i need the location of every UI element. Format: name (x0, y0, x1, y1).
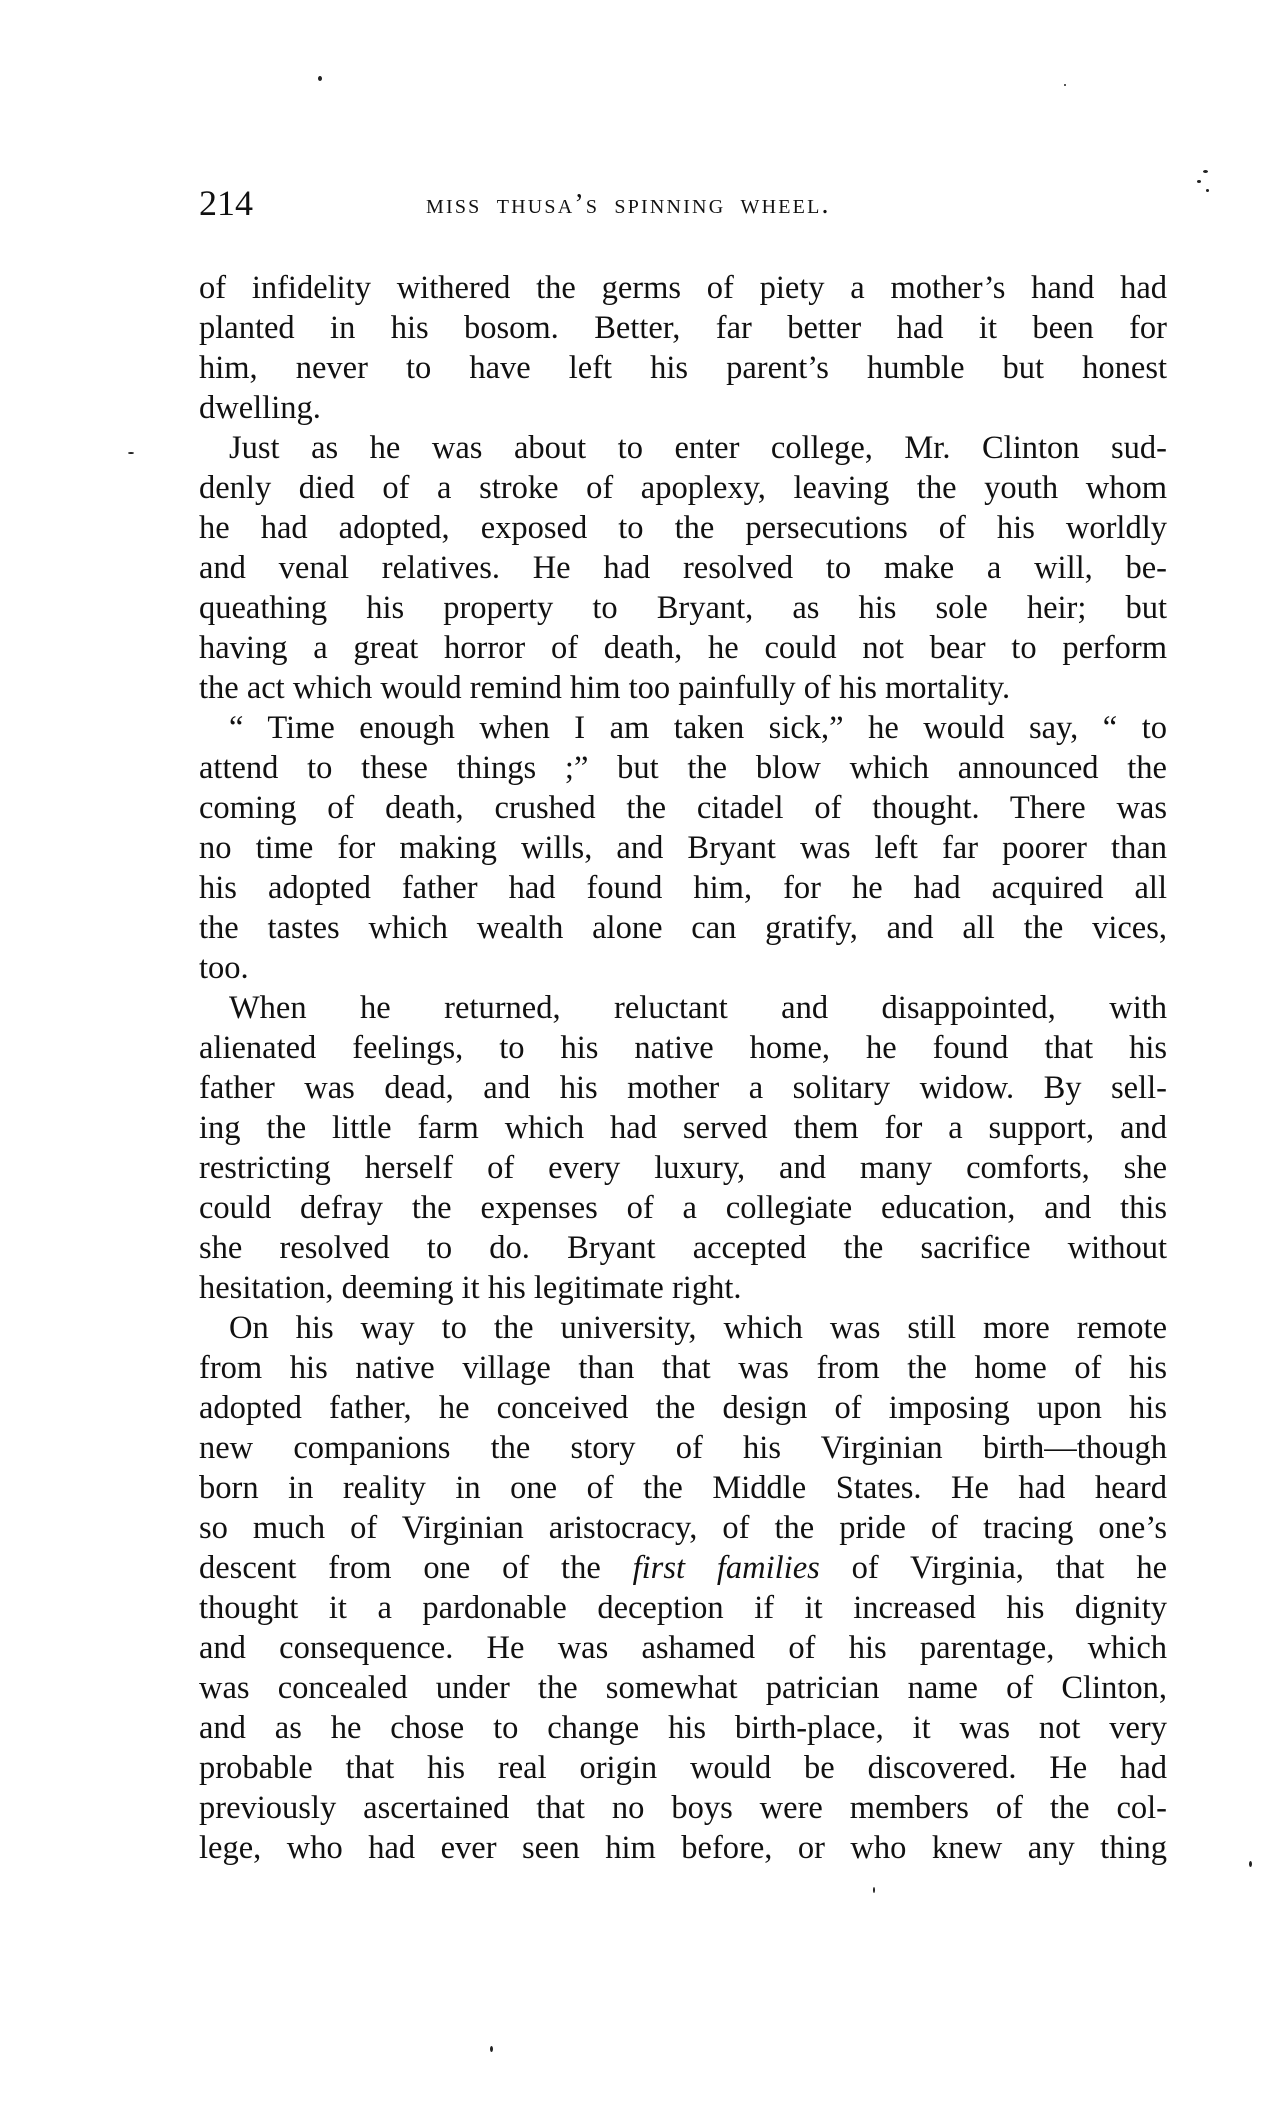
scan-speck (1197, 180, 1201, 183)
text-line: and as he chose to change his birth-plac… (199, 1708, 1167, 1748)
text-line: previously ascertained that no boys were… (199, 1788, 1167, 1828)
text-line: him, never to have left his parent’s hum… (199, 348, 1167, 388)
text-line: from his native village than that was fr… (199, 1348, 1167, 1388)
scan-speck (1203, 170, 1208, 173)
scan-speck (1206, 189, 1209, 192)
text-line: and consequence. He was ashamed of his p… (199, 1628, 1167, 1668)
scan-speck (1249, 1861, 1252, 1867)
text-line: of infidelity withered the germs of piet… (199, 268, 1167, 308)
paragraph-start-line: “ Time enough when I am taken sick,” he … (199, 708, 1167, 748)
body-text: of infidelity withered the germs of piet… (199, 268, 1167, 1868)
scan-speck (873, 1887, 875, 1893)
paragraph-start-line: When he returned, reluctant and disappoi… (199, 988, 1167, 1028)
text-line: restricting herself of every luxury, and… (199, 1148, 1167, 1188)
text-line: ing the little farm which had served the… (199, 1108, 1167, 1148)
text-segment: of Virginia, that he (820, 1550, 1167, 1586)
text-line: and venal relatives. He had resolved to … (199, 548, 1167, 588)
text-line: queathing his property to Bryant, as his… (199, 588, 1167, 628)
text-line: thought it a pardonable deception if it … (199, 1588, 1167, 1628)
text-line: born in reality in one of the Middle Sta… (199, 1468, 1167, 1508)
text-line: father was dead, and his mother a solita… (199, 1068, 1167, 1108)
text-line: he had adopted, exposed to the persecuti… (199, 508, 1167, 548)
italic-emphasis: first families (633, 1550, 820, 1586)
scan-speck (318, 76, 322, 81)
text-line: was concealed under the somewhat patrici… (199, 1668, 1167, 1708)
scan-speck (128, 452, 134, 454)
book-page: 214 MISS THUSA’S SPINNING WHEEL. of infi… (0, 0, 1268, 2113)
text-line: she resolved to do. Bryant accepted the … (199, 1228, 1167, 1268)
text-line: no time for making wills, and Bryant was… (199, 828, 1167, 868)
text-line: the tastes which wealth alone can gratif… (199, 908, 1167, 948)
text-line: so much of Virginian aristocracy, of the… (199, 1508, 1167, 1548)
text-line: too. (199, 948, 1167, 988)
text-line: descent from one of the first families o… (199, 1548, 1167, 1588)
scan-speck (490, 2046, 493, 2052)
text-segment: descent from one of the (199, 1550, 633, 1586)
text-line: hesitation, deeming it his legitimate ri… (199, 1268, 1167, 1308)
text-line: his adopted father had found him, for he… (199, 868, 1167, 908)
scan-speck (1064, 84, 1066, 86)
text-line: probable that his real origin would be d… (199, 1748, 1167, 1788)
text-line: coming of death, crushed the citadel of … (199, 788, 1167, 828)
running-head: 214 MISS THUSA’S SPINNING WHEEL. (199, 183, 1167, 223)
paragraph-start-line: Just as he was about to enter college, M… (199, 428, 1167, 468)
text-line: dwelling. (199, 388, 1167, 428)
running-title: MISS THUSA’S SPINNING WHEEL. (426, 187, 831, 223)
text-line: alienated feelings, to his native home, … (199, 1028, 1167, 1068)
text-line: planted in his bosom. Better, far better… (199, 308, 1167, 348)
text-line: having a great horror of death, he could… (199, 628, 1167, 668)
text-line: could defray the expenses of a collegiat… (199, 1188, 1167, 1228)
text-line: new companions the story of his Virginia… (199, 1428, 1167, 1468)
text-line: adopted father, he conceived the design … (199, 1388, 1167, 1428)
text-line: attend to these things ;” but the blow w… (199, 748, 1167, 788)
text-line: the act which would remind him too painf… (199, 668, 1167, 708)
page-number: 214 (199, 183, 253, 223)
text-line: denly died of a stroke of apoplexy, leav… (199, 468, 1167, 508)
text-line: lege, who had ever seen him before, or w… (199, 1828, 1167, 1868)
paragraph-start-line: On his way to the university, which was … (199, 1308, 1167, 1348)
